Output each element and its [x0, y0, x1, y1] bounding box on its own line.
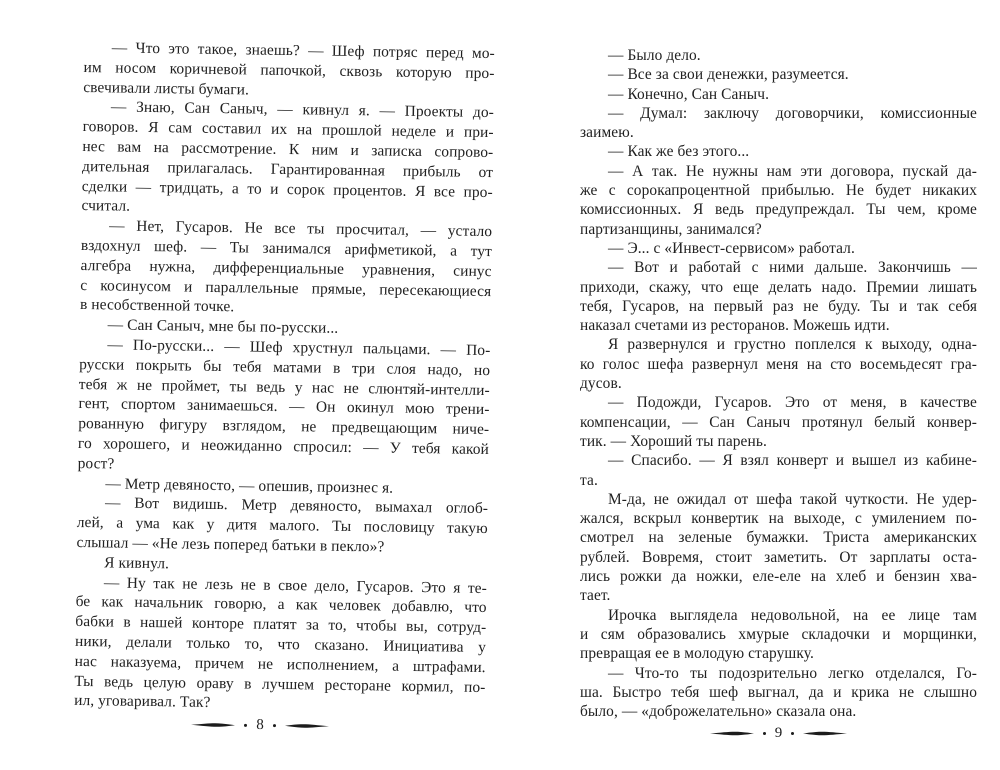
- text-line: комиссионных. Я ведь предупреждал. Ты че…: [580, 200, 977, 219]
- text-line: тает.: [580, 586, 977, 605]
- text-line: приходи, скажу, что еще делать надо. Пре…: [580, 278, 977, 297]
- text-line: — А так. Не нужны нам эти договора, пуск…: [580, 162, 977, 181]
- page-left-text: — Что это такое, знаешь? — Шеф потряс пе…: [74, 38, 495, 717]
- text-line: Ирочка выглядела недовольной, на ее лице…: [580, 606, 977, 625]
- dot-ornament-icon: [791, 732, 794, 735]
- tapered-rule-ornament-icon: [801, 729, 847, 738]
- dot-ornament-icon: [244, 724, 247, 727]
- text-line: же с сорокапроцентной прибылью. Не будет…: [580, 181, 977, 200]
- text-line: смотрел на зеленые бумажки. Триста амери…: [580, 528, 977, 547]
- paragraph: — Что это такое, знаешь? — Шеф потряс пе…: [83, 38, 495, 103]
- dot-ornament-icon: [763, 732, 766, 735]
- paragraph: — Э... с «Инвест-сервисом» работал.: [580, 239, 977, 258]
- tapered-rule-ornament-icon: [710, 729, 756, 738]
- text-line: компенсации, — Сан Саныч протянул белый …: [580, 413, 977, 432]
- paragraph: — Как же без этого...: [580, 142, 977, 161]
- page-left-footer: 8: [84, 716, 436, 735]
- text-line: партизанщины, занимался?: [580, 220, 977, 239]
- paragraph: — Нет, Гусаров. Не все ты просчитал, — у…: [80, 216, 492, 321]
- paragraph: — Конечно, Сан Саныч.: [580, 85, 977, 104]
- text-line: лись рожки да ножки, еле-еле на хлеб и б…: [580, 567, 977, 586]
- text-line: жался, вскрыл конвертик на выходе, с уми…: [580, 509, 977, 528]
- paragraph: — Вот видишь. Метр девяносто, вымахал ог…: [76, 493, 488, 558]
- text-line: — Как же без этого...: [580, 142, 977, 161]
- text-line: и сям образовались хмурые складочки и мо…: [580, 625, 977, 644]
- text-line: — Вот и работай с ними дальше. Закончишь…: [580, 258, 977, 277]
- paragraph: М-да, не ожидал от шефа такой чуткости. …: [580, 490, 977, 606]
- text-line: — Все за свои денежки, разумеется.: [580, 65, 977, 84]
- text-line: та.: [580, 471, 977, 490]
- text-line: Я развернулся и грустно поплелся к выход…: [580, 335, 977, 354]
- paragraph: — Вот и работай с ними дальше. Закончишь…: [580, 258, 977, 335]
- book-spread: { "colors": { "page_background": "#fffff…: [0, 0, 1000, 770]
- text-line: — Спасибо. — Я взял конверт и вышел из к…: [580, 451, 977, 470]
- page-right-footer: 9: [580, 726, 977, 741]
- paragraph: — А так. Не нужны нам эти договора, пуск…: [580, 162, 977, 239]
- paragraph: — Подожди, Гусаров. Это от меня, в качес…: [580, 393, 977, 451]
- paragraph: — Что-то ты подозрительно легко отделалс…: [580, 664, 977, 722]
- dot-ornament-icon: [273, 724, 276, 727]
- paragraph: Я развернулся и грустно поплелся к выход…: [580, 335, 977, 393]
- paragraph: — Спасибо. — Я взял конверт и вышел из к…: [580, 451, 977, 490]
- text-line: — Подожди, Гусаров. Это от меня, в качес…: [580, 393, 977, 412]
- text-line: тик. — Хороший ты парень.: [580, 432, 977, 451]
- paragraph: Ирочка выглядела недовольной, на ее лице…: [580, 606, 977, 664]
- page-number: 8: [254, 718, 266, 733]
- page-right-text: — Было дело.— Все за свои денежки, разум…: [580, 46, 977, 721]
- text-line: заимею.: [580, 123, 977, 142]
- text-line: дусов.: [580, 374, 977, 393]
- paragraph: — Было дело.: [580, 46, 977, 65]
- paragraph: — Все за свои денежки, разумеется.: [580, 65, 977, 84]
- paragraph: — Знаю, Сан Саныч, — кивнул я. — Проекты…: [81, 97, 494, 222]
- tapered-rule-ornament-icon: [283, 721, 329, 730]
- text-line: было, — «доброжелательно» сказала она.: [580, 702, 977, 721]
- text-line: ша. Быстро тебя шеф выгнал, да и крика н…: [580, 683, 977, 702]
- text-line: рублей. Вовремя, стоит заметить. От зарп…: [580, 548, 977, 567]
- text-line: М-да, не ожидал от шефа такой чуткости. …: [580, 490, 977, 509]
- text-line: ко голос шефа развернул меня на сто восе…: [580, 355, 977, 374]
- paragraph: — Думал: заключу договорчики, комиссионн…: [580, 104, 977, 143]
- text-line: тебя, Гусаров, на первый раз не буду. Ты…: [580, 297, 977, 316]
- paragraph: — По-русски... — Шеф хрустнул пальцами. …: [78, 335, 491, 480]
- text-line: — Конечно, Сан Саныч.: [580, 85, 977, 104]
- text-line: — Что-то ты подозрительно легко отделалс…: [580, 664, 977, 683]
- text-line: превращая ее в молодую старушку.: [580, 644, 977, 663]
- page-number: 9: [773, 726, 785, 741]
- text-line: наказал счетами из ресторанов. Можешь ид…: [580, 316, 977, 335]
- paragraph: — Ну так не лезь не в свое дело, Гусаров…: [74, 572, 487, 717]
- tapered-rule-ornament-icon: [191, 720, 237, 729]
- text-line: — Было дело.: [580, 46, 977, 65]
- text-line: — Э... с «Инвест-сервисом» работал.: [580, 239, 977, 258]
- text-line: — Думал: заключу договорчики, комиссионн…: [580, 104, 977, 123]
